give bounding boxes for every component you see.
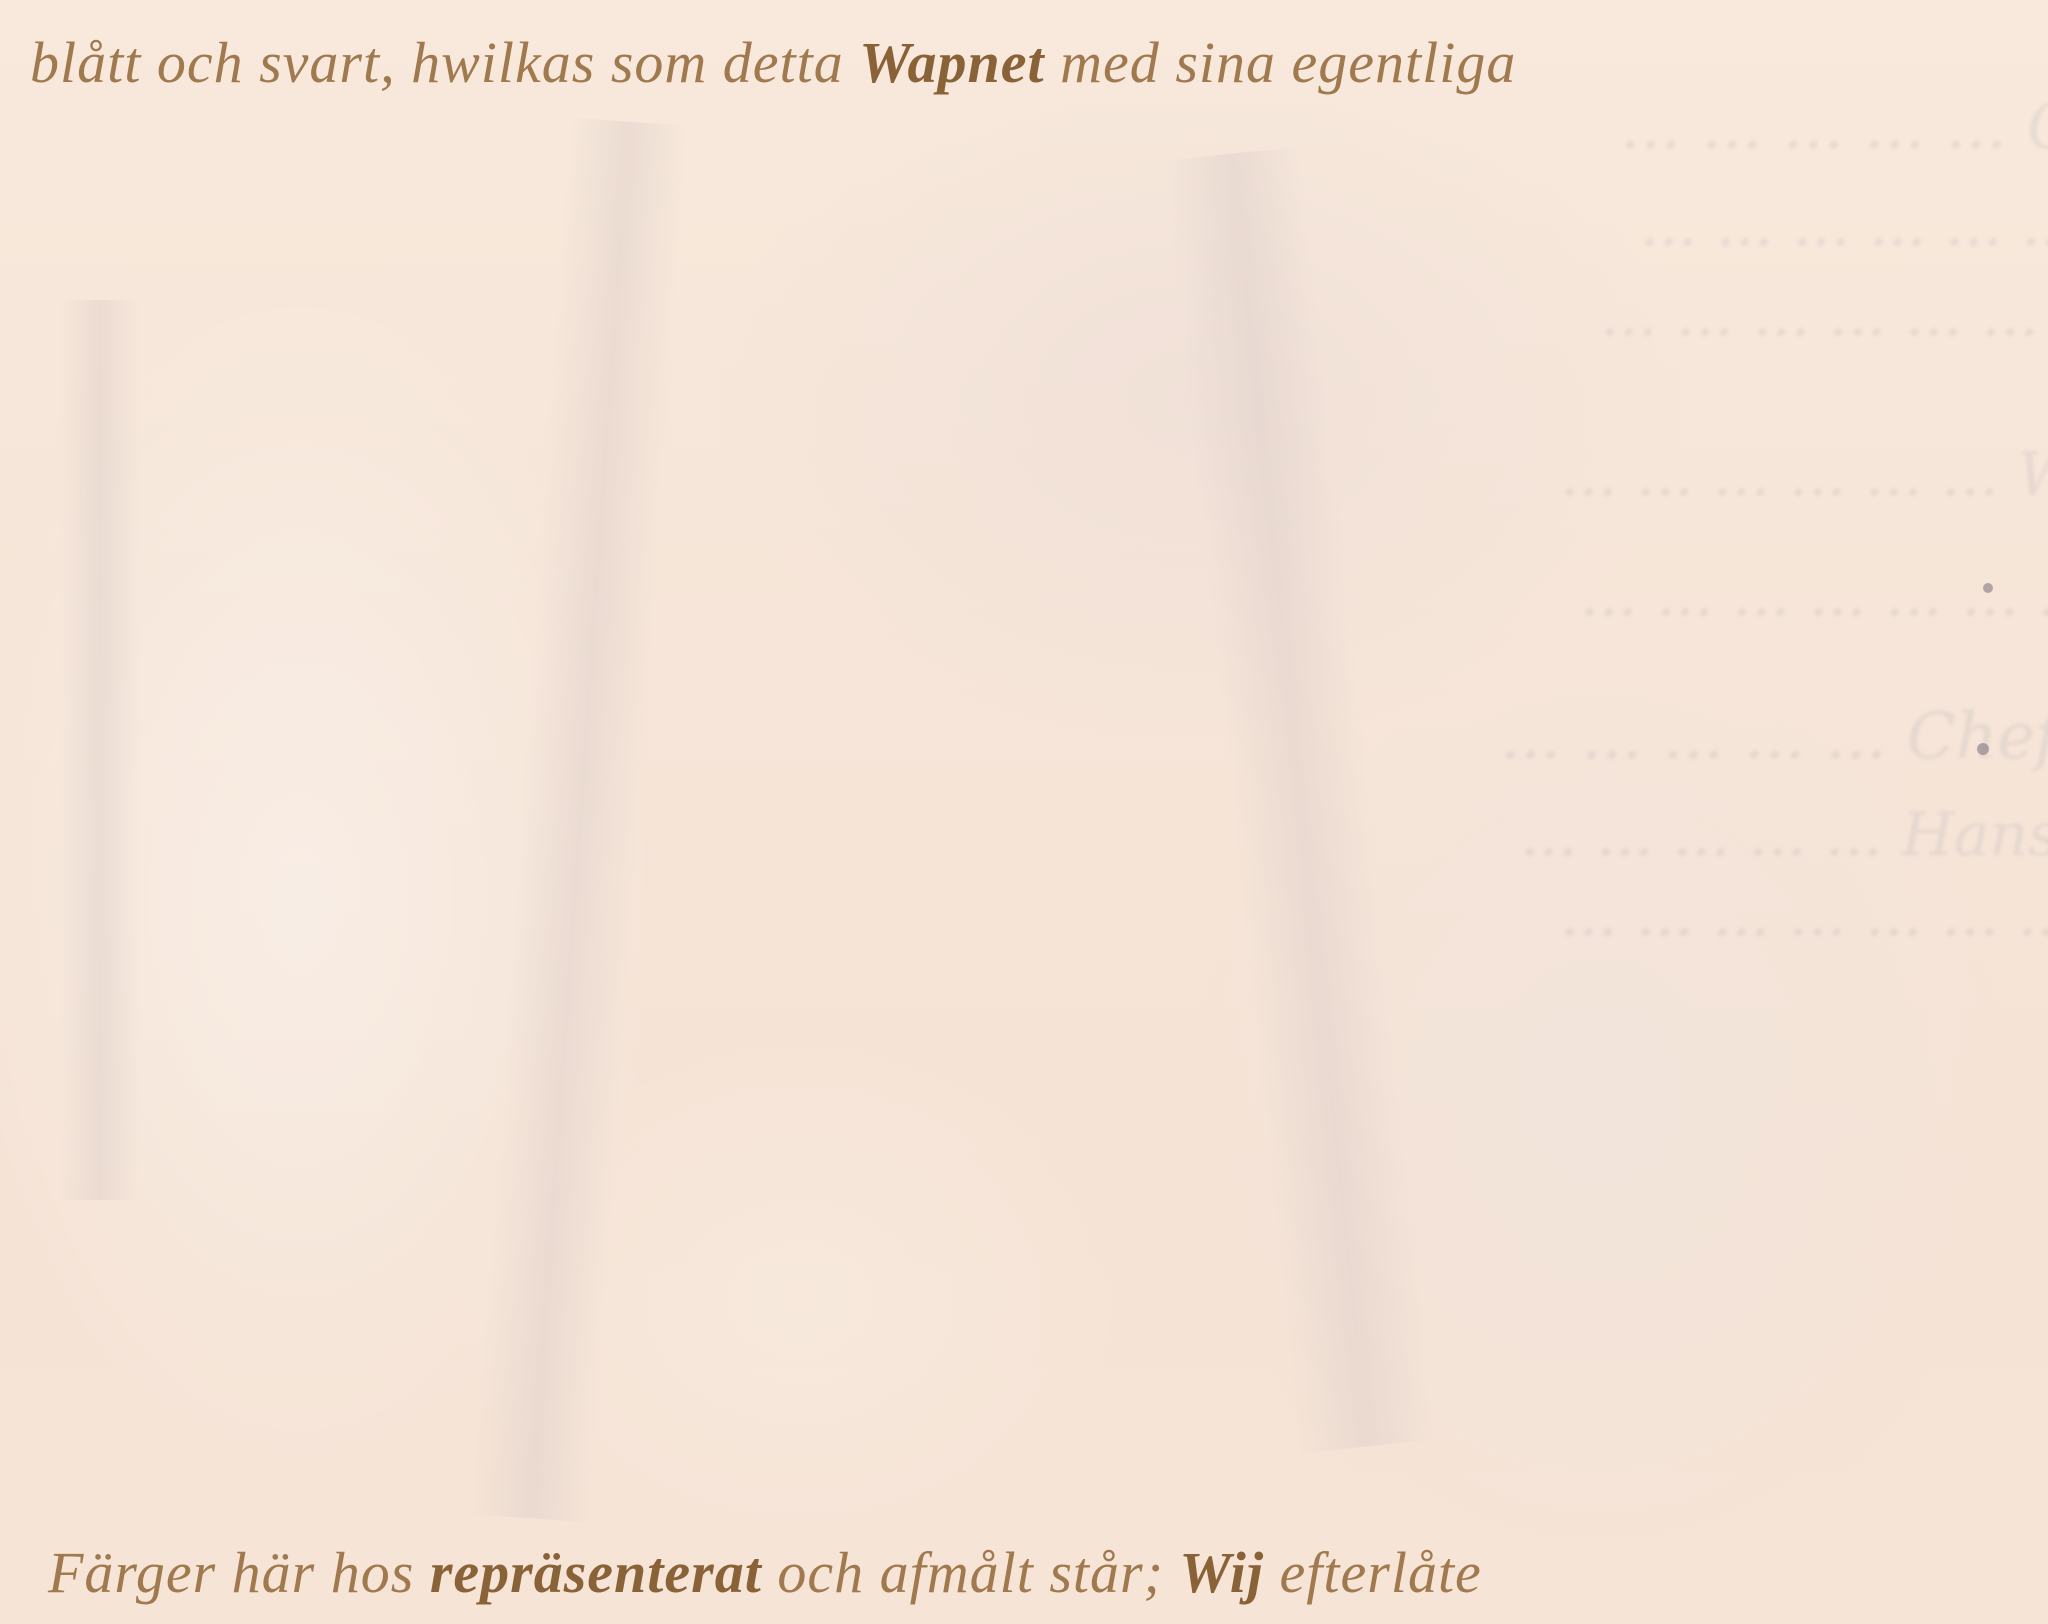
word: och	[157, 30, 244, 95]
paper-crease	[60, 300, 140, 1200]
word: står;	[1049, 1540, 1164, 1605]
bleed-through-text: ... ... ... ... ... ... Wäl	[1560, 440, 2048, 510]
handwritten-line-top: blått och svart, hwilkas som detta Wapne…	[30, 18, 2028, 108]
word: detta	[723, 30, 844, 95]
word: sina	[1175, 30, 1276, 95]
word: blått	[30, 30, 141, 95]
word: egentliga	[1292, 30, 1517, 95]
bleed-through-text: ... ... ... ... ... ... ...	[1600, 280, 2048, 350]
word: afmålt	[880, 1540, 1034, 1605]
word-emphasized: Wij	[1179, 1540, 1264, 1605]
bleed-through-text: ... ... ... ... ... ... ...	[1560, 880, 2048, 950]
word: hwilkas	[411, 30, 595, 95]
word: Färger	[48, 1540, 216, 1605]
manuscript-page: ... ... ... ... ... Gr ... ... ... ... .…	[0, 0, 2048, 1624]
word: hos	[331, 1540, 415, 1605]
word: efterlåte	[1280, 1540, 1482, 1605]
handwritten-line-bottom: Färger här hos repräsenterat och afmålt …	[48, 1528, 2028, 1618]
ink-speck	[1983, 583, 1993, 593]
bleed-through-text: ... ... ... ... ... Hans	[1520, 800, 2048, 870]
bleed-through-text: ... ... ... ... ... Chefe	[1500, 700, 2048, 774]
word-emphasized: Wapnet	[859, 30, 1044, 95]
word: svart,	[259, 30, 396, 95]
ink-speck	[1977, 743, 1989, 755]
word: som	[611, 30, 707, 95]
word-emphasized: repräsenterat	[430, 1540, 762, 1605]
paper-crease	[471, 118, 688, 1523]
word: här	[232, 1540, 316, 1605]
word: med	[1060, 30, 1160, 95]
paper-crease	[1162, 146, 1437, 1454]
bleed-through-text: ... ... ... ... ... ... ...	[1640, 190, 2048, 260]
word: och	[777, 1540, 864, 1605]
bleed-through-text: ... ... ... ... ... ... ...	[1580, 560, 2048, 630]
